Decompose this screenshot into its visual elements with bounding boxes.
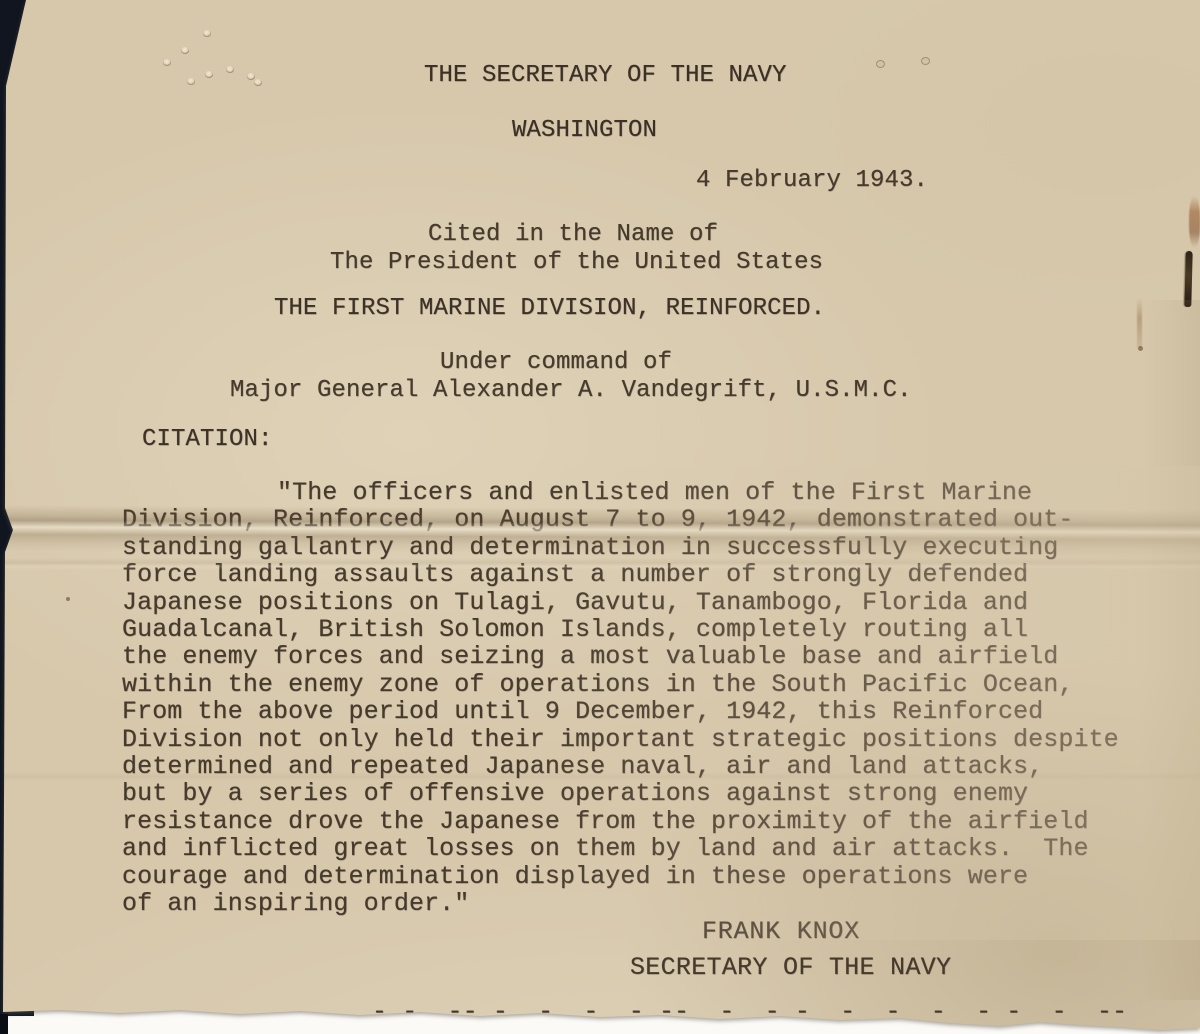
body-line: but by a series of offensive operations … bbox=[122, 780, 1112, 807]
paper: THE SECRETARY OF THE NAVY WASHINGTON 4 F… bbox=[0, 0, 1200, 1034]
corner-fragment bbox=[0, 1014, 8, 1034]
pinhole bbox=[187, 78, 195, 85]
signature-name: FRANK KNOX bbox=[702, 917, 860, 946]
body-line: "The officers and enlisted men of the Fi… bbox=[122, 479, 1112, 506]
scanned-document: THE SECRETARY OF THE NAVY WASHINGTON 4 F… bbox=[0, 0, 1200, 1034]
pinhole bbox=[203, 30, 211, 37]
pinhole bbox=[163, 59, 171, 66]
edge-shading bbox=[1140, 300, 1200, 1000]
body-line: determined and repeated Japanese naval, … bbox=[122, 753, 1112, 780]
body-line: From the above period until 9 December, … bbox=[122, 698, 1112, 725]
unit-name-line: THE FIRST MARINE DIVISION, REINFORCED. bbox=[274, 295, 825, 322]
pinhole bbox=[181, 47, 189, 54]
pinhole bbox=[226, 66, 234, 73]
torn-edge-dashes: - - -- - - - - -- - - - - - - - - - -- bbox=[372, 997, 1127, 1026]
body-line: Japanese positions on Tulagi, Gavutu, Ta… bbox=[122, 589, 1112, 616]
body-line: courage and determination displayed in t… bbox=[122, 863, 1112, 890]
body-line: resistance drove the Japanese from the p… bbox=[122, 808, 1112, 835]
staple-mark bbox=[1184, 251, 1192, 307]
date-line: 4 February 1943. bbox=[696, 167, 928, 194]
body-line: force landing assaults against a number … bbox=[122, 561, 1112, 588]
pinhole bbox=[205, 71, 213, 78]
speck bbox=[876, 60, 885, 68]
speck bbox=[921, 57, 930, 65]
body-line: Division not only held their important s… bbox=[122, 726, 1112, 753]
rust-stain bbox=[1189, 196, 1200, 248]
citation-body: "The officers and enlisted men of the Fi… bbox=[122, 479, 1112, 918]
scratch-mark-dot bbox=[1138, 346, 1143, 351]
letterhead-line1: THE SECRETARY OF THE NAVY bbox=[424, 62, 787, 89]
paper-wrap: THE SECRETARY OF THE NAVY WASHINGTON 4 F… bbox=[0, 0, 1200, 1034]
body-line: within the enemy zone of operations in t… bbox=[122, 671, 1112, 698]
pinhole bbox=[247, 73, 255, 80]
letterhead-line2: WASHINGTON bbox=[512, 117, 657, 144]
signature-title: SECRETARY OF THE NAVY bbox=[630, 953, 951, 982]
body-line: and inflicted great losses on them by la… bbox=[122, 835, 1112, 862]
body-line: Guadalcanal, British Solomon Islands, co… bbox=[122, 616, 1112, 643]
command-line2: Major General Alexander A. Vandegrift, U… bbox=[230, 377, 912, 404]
scratch-mark bbox=[1137, 298, 1142, 348]
body-line: the enemy forces and seizing a most valu… bbox=[122, 643, 1112, 670]
cited-line1: Cited in the Name of bbox=[428, 221, 718, 248]
citation-label: CITATION: bbox=[142, 426, 273, 453]
body-line: of an inspiring order." bbox=[122, 890, 1112, 917]
command-line1: Under command of bbox=[440, 349, 672, 376]
pinhole bbox=[254, 79, 262, 86]
body-line: standing gallantry and determination in … bbox=[122, 534, 1112, 561]
cited-line2: The President of the United States bbox=[330, 249, 823, 276]
speck bbox=[66, 597, 70, 601]
body-line: Division, Reinforced, on August 7 to 9, … bbox=[122, 506, 1112, 533]
